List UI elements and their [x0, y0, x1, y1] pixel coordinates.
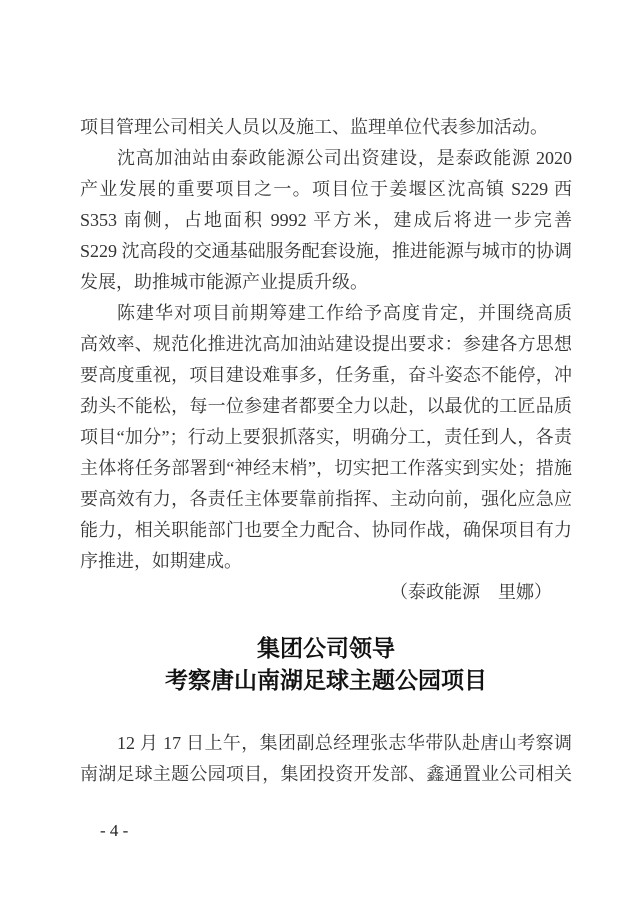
article-title: 集团公司领导 考察唐山南湖足球主题公园项目 — [80, 633, 572, 697]
article-prev-line-9: 劲头不能松，每一位参建者都要全力以赴，以最优的工匠品质为 — [80, 391, 572, 422]
article-title-line-1: 集团公司领导 — [80, 633, 572, 665]
document-page: 项目管理公司相关人员以及施工、监理单位代表参加活动。沈高加油站由泰政能源公司出资… — [0, 0, 636, 900]
article-title-line-2: 考察唐山南湖足球主题公园项目 — [80, 665, 572, 697]
article-prev-line-12: 要高效有力，各责任主体要靠前指挥、主动向前，强化应急应变 — [80, 484, 572, 515]
article-prev-line-6: 陈建华对项目前期筹建工作给予高度肯定，并围绕高质量、 — [80, 298, 572, 329]
article-prev-line-4: S229 沈高段的交通基础服务配套设施，推进能源与城市的协调 — [80, 236, 572, 267]
article-prev-line-10: 项目“加分”；行动上要狠抓落实，明确分工，责任到人，各责任 — [80, 422, 572, 453]
article-prev-line-3: S353 南侧，占地面积 9992 平方米，建成后将进一步完善 S353、 — [80, 205, 572, 236]
article-next-body: 12 月 17 日上午，集团副总经理张志华带队赴唐山考察调研南湖足球主题公园项目… — [80, 728, 572, 790]
article-prev-line-2: 产业发展的重要项目之一。项目位于姜堰区沈高镇 S229 西侧， — [80, 174, 572, 205]
article-prev-body: 项目管理公司相关人员以及施工、监理单位代表参加活动。沈高加油站由泰政能源公司出资… — [80, 112, 572, 608]
article-next-line-1: 南湖足球主题公园项目，集团投资开发部、鑫通置业公司相关人 — [80, 759, 572, 790]
page-content: 项目管理公司相关人员以及施工、监理单位代表参加活动。沈高加油站由泰政能源公司出资… — [80, 112, 572, 842]
article-prev-line-13: 能力，相关职能部门也要全力配合、协同作战，确保项目有力有 — [80, 515, 572, 546]
article-prev-line-8: 要高度重视，项目建设难事多，任务重，奋斗姿态不能停，冲刺 — [80, 360, 572, 391]
article-prev-line-0: 项目管理公司相关人员以及施工、监理单位代表参加活动。 — [80, 112, 572, 143]
article-prev-line-1: 沈高加油站由泰政能源公司出资建设，是泰政能源 2020 年 — [80, 143, 572, 174]
article-prev-line-14: 序推进，如期建成。 — [80, 546, 572, 577]
article-prev-line-11: 主体将任务部署到“神经末梢”，切实把工作落实到实处；措施上 — [80, 453, 572, 484]
article-prev-line-15: （泰政能源 里娜） — [80, 577, 572, 608]
article-prev-line-7: 高效率、规范化推进沈高加油站建设提出要求：参建各方思想上 — [80, 329, 572, 360]
article-prev-line-5: 发展，助推城市能源产业提质升级。 — [80, 267, 572, 298]
page-number: - 4 - — [100, 820, 572, 842]
article-next-line-0: 12 月 17 日上午，集团副总经理张志华带队赴唐山考察调研 — [80, 728, 572, 759]
